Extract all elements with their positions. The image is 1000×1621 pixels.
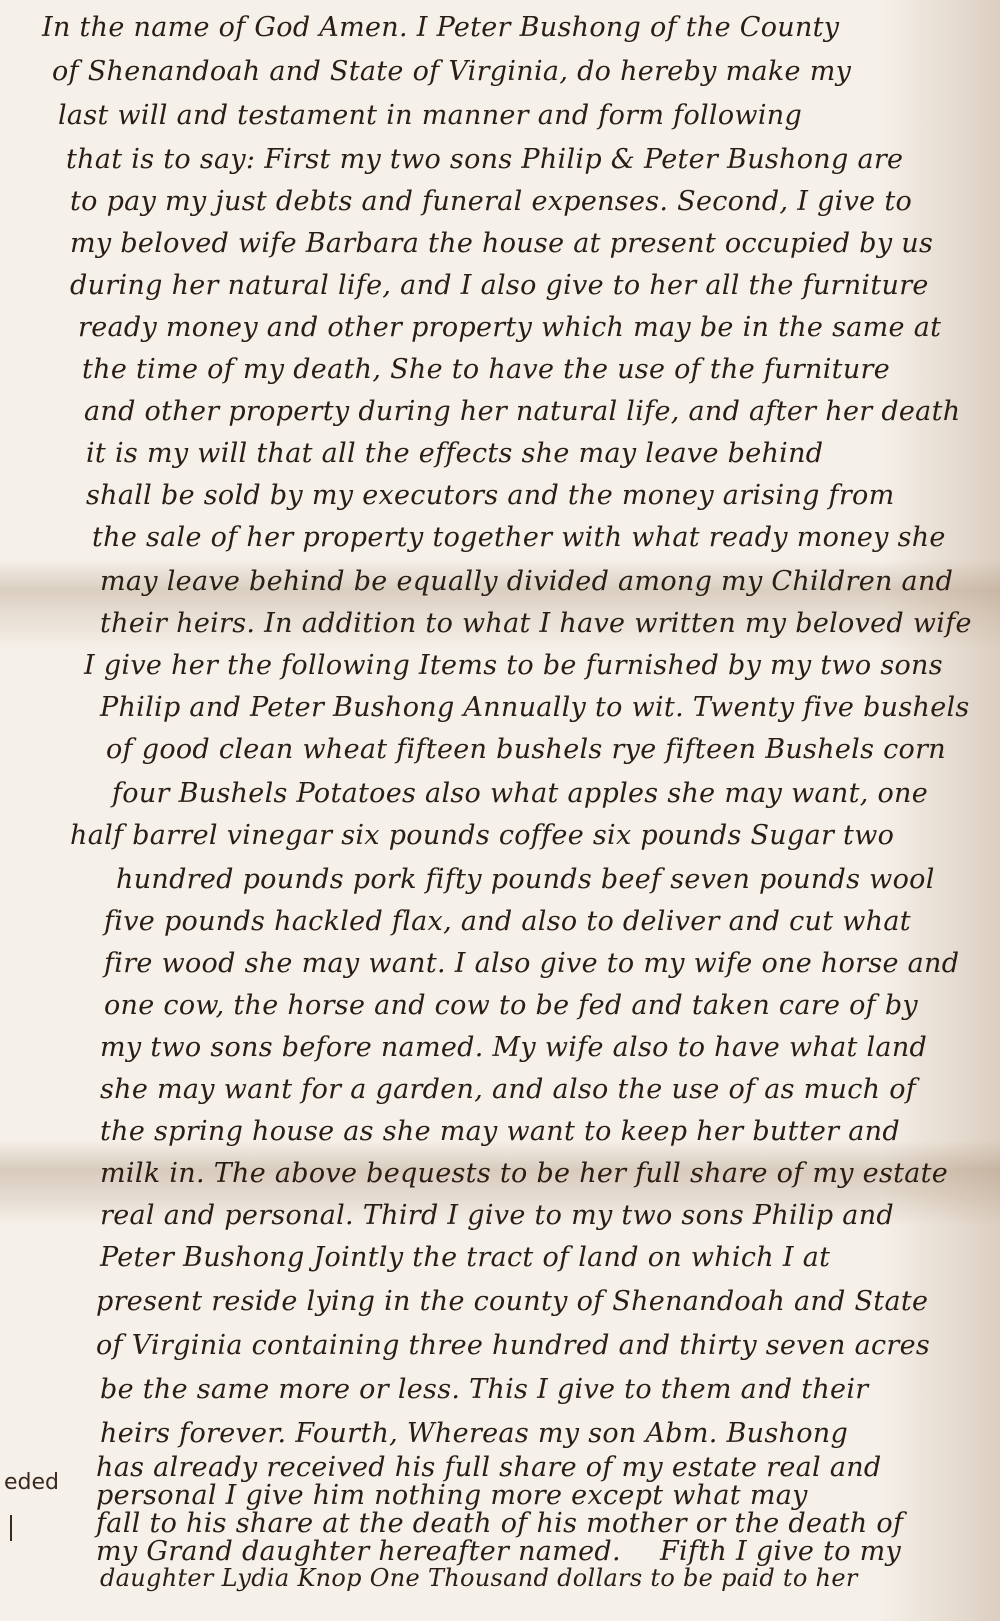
text-line-6: my beloved wife Barbara the house at pre… — [70, 228, 933, 259]
text-line-40: daughter Lydia Knop One Thousand dollars… — [100, 1564, 858, 1592]
text-line-7: during her natural life, and I also give… — [70, 270, 929, 301]
text-line-20: half barrel vinegar six pounds coffee si… — [70, 820, 894, 851]
margin-note: eded — [4, 1470, 59, 1495]
text-line-28: milk in. The above bequests to be her fu… — [100, 1158, 948, 1189]
text-line-23: fire wood she may want. I also give to m… — [104, 948, 959, 979]
text-line-5: to pay my just debts and funeral expense… — [70, 186, 912, 217]
text-line-21: hundred pounds pork fifty pounds beef se… — [116, 864, 935, 895]
text-line-18: of good clean wheat fifteen bushels rye … — [106, 734, 946, 765]
text-line-30: Peter Bushong Jointly the tract of land … — [100, 1242, 830, 1273]
text-line-2: of Shenandoah and State of Virginia, do … — [52, 56, 851, 87]
text-line-3: last will and testament in manner and fo… — [58, 100, 802, 131]
text-line-37: fall to his share at the death of his mo… — [96, 1508, 903, 1539]
text-line-15: their heirs. In addition to what I have … — [100, 608, 972, 639]
text-line-25: my two sons before named. My wife also t… — [100, 1032, 927, 1063]
text-line-24: one cow, the horse and cow to be fed and… — [104, 990, 918, 1021]
text-line-22: five pounds hackled flax, and also to de… — [104, 906, 911, 937]
text-line-33: be the same more or less. This I give to… — [100, 1374, 868, 1405]
manuscript-page: In the name of God Amen. I Peter Bushong… — [0, 0, 1000, 1621]
text-line-17: Philip and Peter Bushong Annually to wit… — [100, 692, 970, 723]
margin-mark — [10, 1515, 12, 1541]
text-line-8: ready money and other property which may… — [78, 312, 941, 343]
text-line-9: the time of my death, She to have the us… — [82, 354, 890, 385]
text-line-31: present reside lying in the county of Sh… — [96, 1286, 928, 1317]
text-line-35: has already received his full share of m… — [96, 1452, 882, 1483]
text-line-19: four Bushels Potatoes also what apples s… — [112, 778, 928, 809]
text-line-34: heirs forever. Fourth, Whereas my son Ab… — [100, 1418, 848, 1449]
text-line-12: shall be sold by my executors and the mo… — [86, 480, 895, 511]
text-line-4: that is to say: First my two sons Philip… — [66, 144, 903, 175]
text-line-26: she may want for a garden, and also the … — [100, 1074, 916, 1105]
text-line-14: may leave behind be equally divided amon… — [100, 566, 953, 597]
text-line-11: it is my will that all the effects she m… — [86, 438, 823, 469]
text-line-36: personal I give him nothing more except … — [96, 1480, 808, 1511]
text-line-13: the sale of her property together with w… — [92, 522, 946, 553]
text-line-10: and other property during her natural li… — [84, 396, 960, 427]
text-line-39: Fifth I give to my — [660, 1536, 901, 1567]
text-line-1: In the name of God Amen. I Peter Bushong… — [42, 12, 839, 43]
text-line-27: the spring house as she may want to keep… — [100, 1116, 900, 1147]
text-line-29: real and personal. Third I give to my tw… — [100, 1200, 894, 1231]
text-line-32: of Virginia containing three hundred and… — [96, 1330, 930, 1361]
text-line-16: I give her the following Items to be fur… — [84, 650, 943, 681]
text-line-38: my Grand daughter hereafter named. — [96, 1536, 621, 1567]
